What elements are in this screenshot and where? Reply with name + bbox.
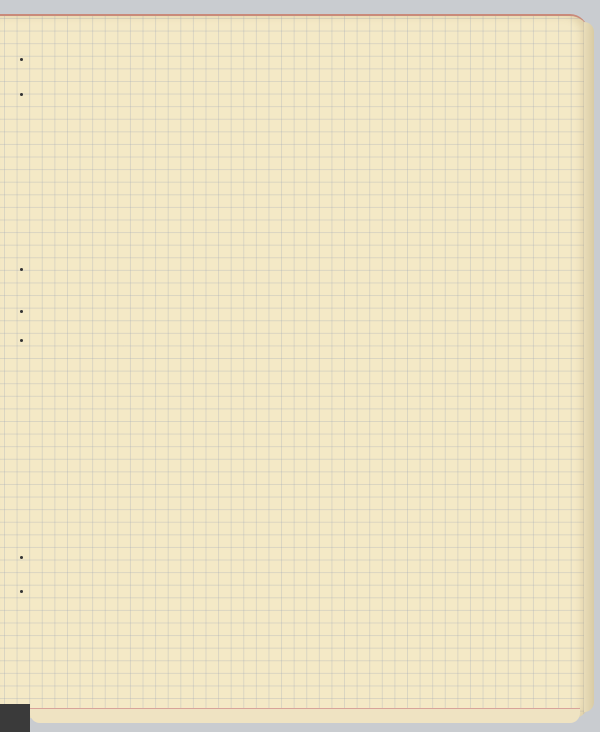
margin-dot bbox=[20, 590, 23, 593]
binding-shadow bbox=[0, 704, 30, 732]
page-edge bbox=[584, 22, 594, 712]
margin-dot bbox=[20, 268, 23, 271]
margin-dot bbox=[20, 339, 23, 342]
margin-dot bbox=[20, 310, 23, 313]
diary-page bbox=[0, 14, 588, 718]
margin-dot bbox=[20, 58, 23, 61]
margin-dot bbox=[20, 556, 23, 559]
margin-dot bbox=[20, 93, 23, 96]
underlying-page bbox=[30, 708, 580, 723]
